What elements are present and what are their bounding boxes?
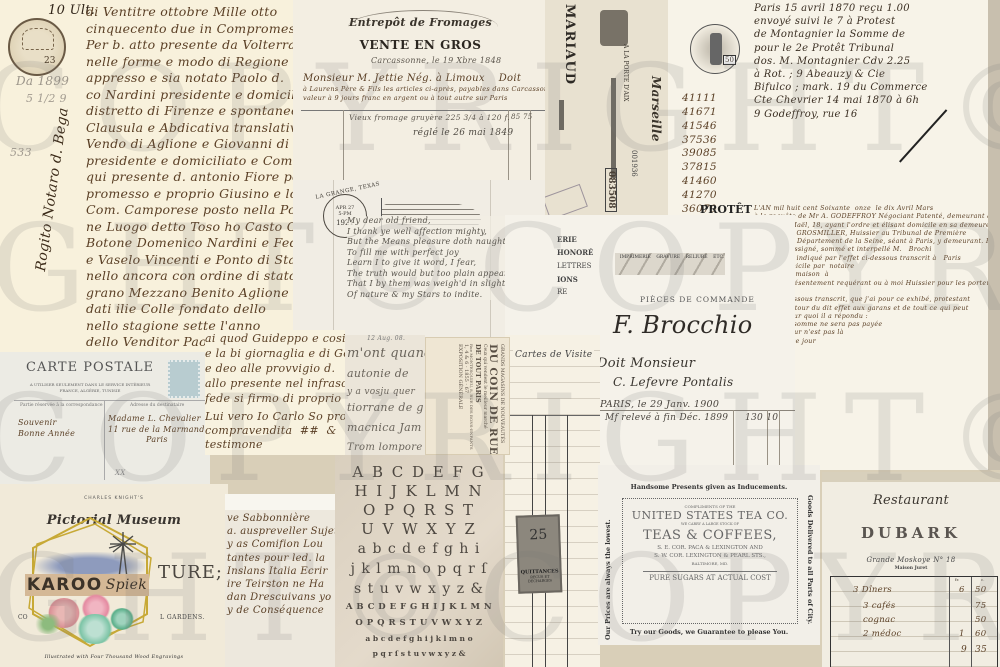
italian-letter: 23 10 Ult. Da 1899 5 1/2 9 533 Rogito No… xyxy=(0,0,295,360)
invoice-title: VENTE EN GROS xyxy=(293,38,548,52)
fromagerie-invoice: Entrepôt de Fromages VENTE EN GROS Carca… xyxy=(293,0,548,200)
karoo-logo: KAROO Spiek xyxy=(25,514,155,654)
check-name: MARIAUD xyxy=(562,4,577,85)
logo-script: Spiek xyxy=(106,576,147,594)
pictorial-museum-page: CHARLES KNIGHT'S Pictorial Museum TURE; … xyxy=(0,484,228,667)
check-city: Marseille xyxy=(647,76,663,142)
bill-row: 3 Dîners 6 50 xyxy=(853,585,993,596)
carte-postale: CARTE POSTALE A UTILISER SEULEMENT DANS … xyxy=(0,352,210,484)
french-script-fragment: 12 Aug. 08. m'ont quand autonie de y a v… xyxy=(345,335,425,460)
brocchi-amount: 130 10 xyxy=(745,413,778,425)
logo-brand: KAROO xyxy=(27,575,103,595)
brocchi-name: F. Brocchio xyxy=(613,310,753,342)
tea-co-card: Handsome Presents given as Inducements. … xyxy=(598,465,820,645)
invoice-amount: 85 75 xyxy=(511,113,533,122)
brocchi-heading: PIÈCES DE COMMANDE xyxy=(640,295,755,304)
bill-table: fr. c. 3 Dîners 6 50 3 cafés 75 cognac 5… xyxy=(830,576,998,667)
quittance-stamp: 25 QUITTANCES RECUS ET DECHARGES xyxy=(516,514,563,593)
tax-stamp: 50 xyxy=(690,24,740,74)
bottom-script-lines: ve Sabbonnière a. auspreveller Sujet y a… xyxy=(227,512,337,618)
alphabet-card: A B C D E F G H I J K L M N O P Q R S T … xyxy=(335,455,503,667)
coin-de-rue-card: GRANDS MAGASINS DE NOUVEAUTÉS DU COIN DE… xyxy=(425,337,510,455)
brocchi-customer: C. Lefevre Pontalis xyxy=(613,375,733,391)
check-stamp xyxy=(545,184,588,215)
coin-text-rotated: GRANDS MAGASINS DE NOUVEAUTÉS DU COIN DE… xyxy=(457,344,504,454)
invoice-date: Carcassonne, le 19 Xbre 1848 xyxy=(371,56,501,67)
check-vignette xyxy=(600,10,628,46)
mariaud-check: A LA PORTE D'AIX MARIAUD Marseille 08350… xyxy=(545,0,670,215)
ephemera-collage: 23 10 Ult. Da 1899 5 1/2 9 533 Rogito No… xyxy=(0,0,1000,667)
cartes-title: Cartes de Visite xyxy=(513,350,594,362)
brocchi-entry: Mf relevé à fin Déc. 1899 xyxy=(605,413,728,425)
banner-words: IMPRIMERIE GRAVURE RELIURE ETC. xyxy=(617,255,727,260)
invoice-address: Monsieur M. Jettie Nég. à Limoux Doit à … xyxy=(303,72,548,102)
invoice-settled: réglé le 26 mai 1849 xyxy=(413,128,513,140)
windmill-icon xyxy=(103,530,143,580)
postale-title: CARTE POSTALE xyxy=(0,360,180,375)
bill-row: 2 médoc 1 60 xyxy=(863,629,1000,640)
logo-label: KAROO Spiek xyxy=(25,574,149,596)
check-heading: A LA PORTE D'AIX xyxy=(622,44,629,102)
bill-row: 3 cafés 75 xyxy=(863,601,1000,612)
seal-number: 23 xyxy=(44,56,55,66)
wax-seal: 23 xyxy=(8,18,66,76)
invoice-subtitle: Entrepôt de Fromages xyxy=(293,16,548,31)
postale-address: Madame L. Chevalier 11 rue de la Marmand… xyxy=(108,414,210,446)
restaurant-bill: Restaurant DUBARK Grande Moskoye N° 18 M… xyxy=(822,472,1000,667)
letter-text: di Ventitre ottobre Mille otto cinquecen… xyxy=(86,4,295,360)
cartes-ledger: Cartes de Visite 25 QUITTANCES RECUS ET … xyxy=(505,335,600,667)
check-folio: 001936 xyxy=(630,150,638,177)
shop-left-text: ERIE HONORÉ LETTRES IONS RE xyxy=(557,233,593,299)
invoice-row: Vieux fromage gruyère 225 3/4 à 120 f. xyxy=(349,113,510,123)
bill-row: cognac 50 xyxy=(863,615,1000,626)
protest-script: Paris 15 avril 1870 reçu 1.00 envoyé sui… xyxy=(754,2,1000,121)
brocchi-doit: Doit Monsieur xyxy=(597,355,695,372)
bottom-script-fragment: ve Sabbonnière a. auspreveller Sujet y a… xyxy=(225,494,337,667)
alphabet-rows: A B C D E F G H I J K L M N O P Q R S T … xyxy=(335,463,503,661)
margin-notes: Da 1899 5 1/2 9 533 Rogito Notaro d. Beg… xyxy=(10,70,85,350)
postage-stamp xyxy=(168,360,200,398)
check-number: 083508 xyxy=(605,168,617,212)
italian-letter-fragment: ai quod Guideppo e cosi dal e la bi gior… xyxy=(205,330,345,455)
postale-message: Souvenir Bonne Année xyxy=(18,418,75,439)
tea-frame: COMPLIMENTS OF THE UNITED STATES TEA CO.… xyxy=(622,498,798,624)
